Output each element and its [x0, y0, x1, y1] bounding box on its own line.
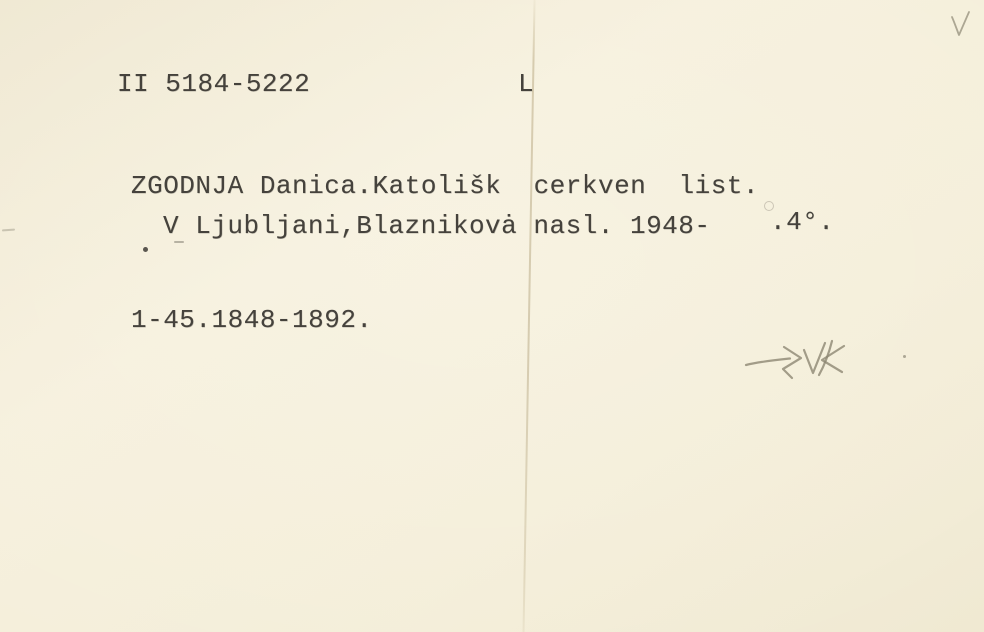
call-number: II 5184-5222	[117, 70, 310, 99]
catalog-card-scan: II 5184-5222 L ZGODNJA Danica.Katolišk c…	[0, 0, 984, 632]
pencil-annotation-vk	[742, 330, 872, 400]
tiny-speck	[903, 355, 906, 358]
faint-dash-mark	[174, 241, 184, 243]
title-line: ZGODNJA Danica.Katolišk cerkven list.	[131, 172, 759, 201]
pencil-checkmark	[946, 8, 976, 44]
imprint-line: V Ljubljani,Blaznikovȧ nasl. 1948-	[163, 212, 711, 241]
format-note: .4°.	[770, 208, 834, 237]
faint-ring-mark	[764, 201, 774, 211]
ink-speck	[143, 247, 148, 252]
holdings-line: 1-45.1848-1892.	[131, 306, 373, 335]
edge-dash-mark	[2, 229, 15, 232]
filing-letter: L	[518, 70, 534, 99]
